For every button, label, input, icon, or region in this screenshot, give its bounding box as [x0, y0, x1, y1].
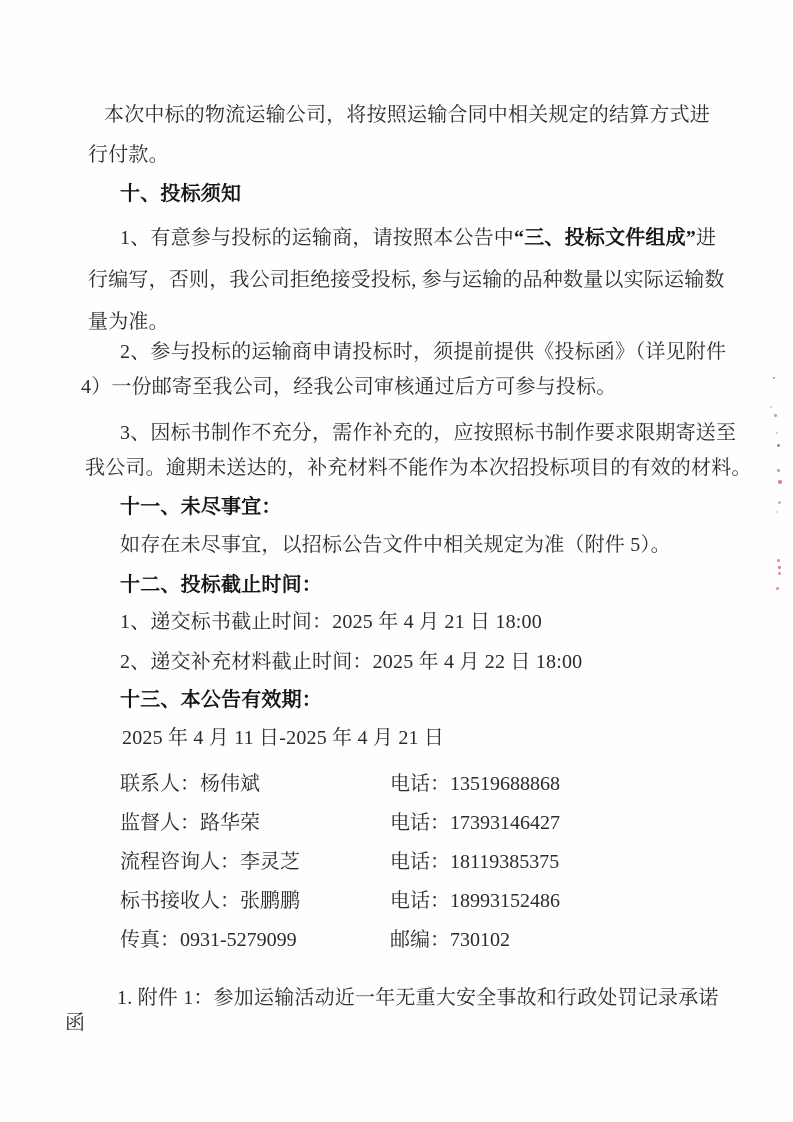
bid-item-1-line-2: 行编写，否则，我公司拒绝接受投标, 参与运输的品种数量以实际运输数 — [88, 267, 725, 293]
scan-speck — [776, 511, 778, 513]
section-heading-bidding-notice: 十、投标须知 — [120, 181, 241, 207]
payment-paragraph-line-2: 行付款。 — [88, 142, 169, 168]
bid-item-1-line-1: 1、有意参与投标的运输商，请按照本公告中“三、投标文件组成”进 — [120, 225, 716, 251]
contact-person: 联系人：杨伟斌 — [120, 767, 260, 796]
bid-item-1-bold-quote: “三、投标文件组成” — [514, 227, 696, 249]
section-heading-validity-period: 十三、本公告有效期： — [120, 687, 322, 713]
process-consultant-phone: 电话：18119385375 — [390, 845, 559, 874]
fax-number: 传真：0931-5279099 — [120, 923, 297, 952]
scan-speck — [777, 444, 780, 447]
scan-speck — [773, 377, 775, 379]
bid-item-1-line-3: 量为准。 — [88, 309, 169, 335]
section-heading-bid-deadline: 十二、投标截止时间： — [120, 572, 322, 598]
validity-period-dates: 2025 年 4 月 11 日-2025 年 4 月 21 日 — [122, 725, 444, 751]
attachment-note-line-1: 1. 附件 1：参加运输活动近一年无重大安全事故和行政处罚记录承诺 — [117, 985, 719, 1011]
bid-item-3-line-2: 我公司。逾期未送达的，补充材料不能作为本次招投标项目的有效的材料。 — [85, 455, 752, 481]
section-heading-outstanding-matters: 十一、未尽事宜： — [120, 494, 282, 520]
contact-row: 标书接收人：张鹏鹏 电话：18993152486 — [0, 884, 793, 912]
contact-row: 传真：0931-5279099 邮编：730102 — [0, 923, 793, 951]
scan-speck — [777, 469, 780, 472]
contact-row: 流程咨询人：李灵芝 电话：18119385375 — [0, 845, 793, 873]
attachment-note-line-2: 函 — [65, 1010, 85, 1036]
bid-item-1-segment-a: 1、有意参与投标的运输商，请按照本公告中 — [120, 227, 514, 249]
contact-phone: 电话：13519688868 — [390, 767, 560, 796]
bid-receiver-phone: 电话：18993152486 — [390, 884, 560, 913]
postal-code: 邮编：730102 — [390, 923, 510, 952]
supervisor-phone: 电话：17393146427 — [390, 806, 560, 835]
scanned-document-page: 本次中标的物流运输公司，将按照运输合同中相关规定的结算方式进 行付款。 十、投标… — [0, 0, 793, 1122]
scan-speck — [770, 406, 772, 408]
bid-deadline-1: 1、递交标书截止时间：2025 年 4 月 21 日 18:00 — [120, 609, 542, 635]
scan-speck — [778, 566, 781, 569]
bid-receiver-person: 标书接收人：张鹏鹏 — [120, 884, 300, 913]
scan-speck — [778, 572, 781, 575]
bid-item-1-segment-c: 进 — [696, 227, 716, 249]
bid-item-3-line-1: 3、因标书制作不充分，需作补充的，应按照标书制作要求限期寄送至 — [120, 420, 736, 446]
scan-speck — [778, 480, 782, 484]
payment-paragraph-line-1: 本次中标的物流运输公司，将按照运输合同中相关规定的结算方式进 — [104, 102, 710, 128]
process-consultant-person: 流程咨询人：李灵芝 — [120, 845, 300, 874]
bid-item-2-line-2: 4）一份邮寄至我公司，经我公司审核通过后方可参与投标。 — [81, 374, 616, 400]
scan-speck — [777, 559, 780, 562]
supervisor-person: 监督人：路华荣 — [120, 806, 260, 835]
bid-deadline-2: 2、递交补充材料截止时间：2025 年 4 月 22 日 18:00 — [120, 649, 582, 675]
scan-speck — [776, 587, 779, 590]
scan-speck — [774, 414, 777, 417]
contact-row: 监督人：路华荣 电话：17393146427 — [0, 806, 793, 834]
scan-speck — [776, 432, 778, 434]
bid-item-2-line-1: 2、参与投标的运输商申请投标时，须提前提供《投标函》（详见附件 — [120, 339, 726, 365]
scan-speck — [700, 473, 702, 475]
contact-row: 联系人：杨伟斌 电话：13519688868 — [0, 767, 793, 795]
scan-speck — [778, 501, 781, 504]
outstanding-matters-body: 如存在未尽事宜，以招标公告文件中相关规定为准（附件 5）。 — [120, 532, 671, 558]
